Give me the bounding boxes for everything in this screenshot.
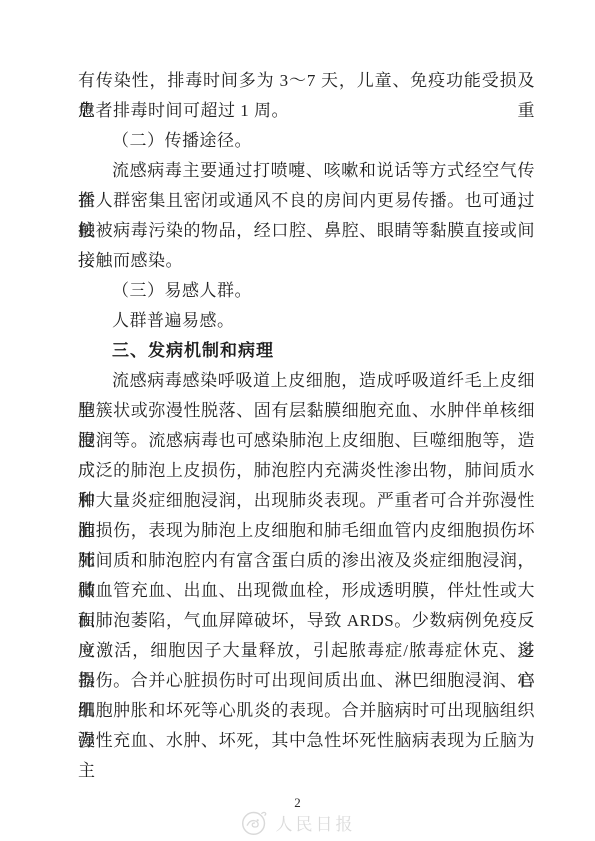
watermark-label: 人民日报	[276, 810, 356, 835]
text-line: 人群普遍易感。	[78, 306, 535, 336]
text-line: 流感病毒主要通过打喷嚏、咳嗽和说话等方式经空气传播，	[78, 156, 535, 186]
text-line: 接触而感染。	[78, 246, 535, 276]
text-line: 度激活，细胞因子大量释放，引起脓毒症/脓毒症休克、多器官	[78, 636, 535, 666]
text-line: 广泛的肺泡上皮损伤，肺泡腔内充满炎性渗出物，肺间质水肿	[78, 456, 535, 486]
text-line: 肺间质和肺泡腔内有富含蛋白质的渗出液及炎症细胞浸润，肺	[78, 546, 535, 576]
text-line: 微血管充血、出血、出现微血栓，形成透明膜，伴灶性或大面	[78, 576, 535, 606]
text-line: 漫性充血、水肿、坏死，其中急性坏死性脑病表现为丘脑为主	[78, 726, 535, 756]
text-line: 在人群密集且密闭或通风不良的房间内更易传播。也可通过接	[78, 186, 535, 216]
text-line: 损伤。合并心脏损伤时可出现间质出血、淋巴细胞浸润、心肌	[78, 666, 535, 696]
text-line: 有传染性，排毒时间多为 3～7 天，儿童、免疫功能受损及危重	[78, 66, 535, 96]
text-line: （二）传播途径。	[78, 126, 535, 156]
text-line: 触被病毒污染的物品，经口腔、鼻腔、眼睛等黏膜直接或间接	[78, 216, 535, 246]
text-block: 有传染性，排毒时间多为 3～7 天，儿童、免疫功能受损及危重患者排毒时间可超过 …	[78, 66, 535, 756]
text-line: 和大量炎症细胞浸润，出现肺炎表现。严重者可合并弥漫性肺	[78, 486, 535, 516]
peoples-daily-logo-icon	[240, 808, 269, 837]
text-line: 流感病毒感染呼吸道上皮细胞，造成呼吸道纤毛上皮细胞	[78, 366, 535, 396]
text-line: 呈簇状或弥漫性脱落、固有层黏膜细胞充血、水肿伴单核细胞	[78, 396, 535, 426]
text-line: 泡损伤，表现为肺泡上皮细胞和肺毛细血管内皮细胞损伤坏死，	[78, 516, 535, 546]
page-footer: 2 人民日报	[0, 795, 595, 841]
document-page: 有传染性，排毒时间多为 3～7 天，儿童、免疫功能受损及危重患者排毒时间可超过 …	[0, 0, 595, 841]
text-line: 细胞肿胀和坏死等心肌炎的表现。合并脑病时可出现脑组织弥	[78, 696, 535, 726]
text-line: （三）易感人群。	[78, 276, 535, 306]
text-line: 积肺泡萎陷，气血屏障破坏，导致 ARDS。少数病例免疫反应过	[78, 606, 535, 636]
section-heading: 三、发病机制和病理	[78, 336, 535, 366]
watermark: 人民日报	[240, 808, 356, 837]
text-line: 浸润等。流感病毒也可感染肺泡上皮细胞、巨噬细胞等，造成	[78, 426, 535, 456]
